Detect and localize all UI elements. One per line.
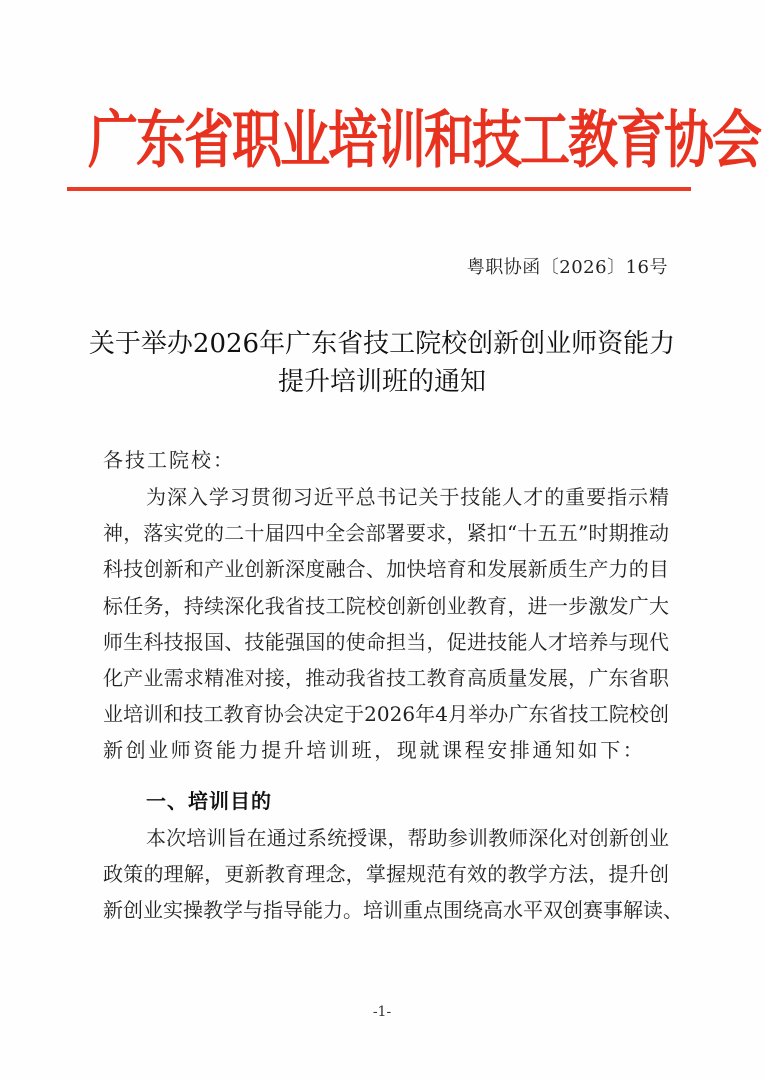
salutation: 各技工院校： <box>103 444 235 476</box>
paragraph-2-line: 本次培训旨在通过系统授课，帮助参训教师深化对创新创业 <box>146 822 669 854</box>
paragraph-1-line: 标任务，持续深化我省技工院校创新创业教育，进一步激发广大 <box>103 590 669 622</box>
paragraph-1-line: 神，落实党的二十届四中全会部署要求，紧扣“十五五”时期推动 <box>103 517 669 549</box>
paragraph-1-line: 新创业师资能力提升培训班，现就课程安排通知如下： <box>103 734 669 766</box>
paragraph-1-line: 业培训和技工教育协会决定于2026年4月举办广东省技工院校创 <box>103 698 669 730</box>
document-number: 粤职协函〔2026〕16号 <box>467 254 668 282</box>
paragraph-1-line: 为深入学习贯彻习近平总书记关于技能人才的重要指示精 <box>146 481 669 513</box>
paragraph-1-line: 师生科技报国、技能强国的使命担当，促进技能人才培养与现代 <box>103 626 669 658</box>
document-page: 广东省职业培训和技工教育协会 粤职协函〔2026〕16号 关于举办2026年广东… <box>0 0 764 1080</box>
paragraph-2-line: 政策的理解，更新教育理念，掌握规范有效的教学方法，提升创 <box>103 858 669 890</box>
page-number: -1- <box>0 1002 764 1022</box>
document-title-line-2: 提升培训班的通知 <box>60 364 704 400</box>
section-heading-training-purpose: 一、培训目的 <box>146 785 272 817</box>
document-title-line-1: 关于举办2026年广东省技工院校创新创业师资能力 <box>60 326 704 362</box>
paragraph-2-line: 新创业实操教学与指导能力。培训重点围绕高水平双创赛事解读、 <box>103 894 669 926</box>
letterhead-red-rule <box>67 187 691 191</box>
letterhead-organization-name: 广东省职业培训和技工教育协会 <box>88 95 674 185</box>
paragraph-1-line: 科技创新和产业创新深度融合、加快培育和发展新质生产力的目 <box>103 553 669 585</box>
paragraph-1-line: 化产业需求精准对接，推动我省技工教育高质量发展，广东省职 <box>103 662 669 694</box>
